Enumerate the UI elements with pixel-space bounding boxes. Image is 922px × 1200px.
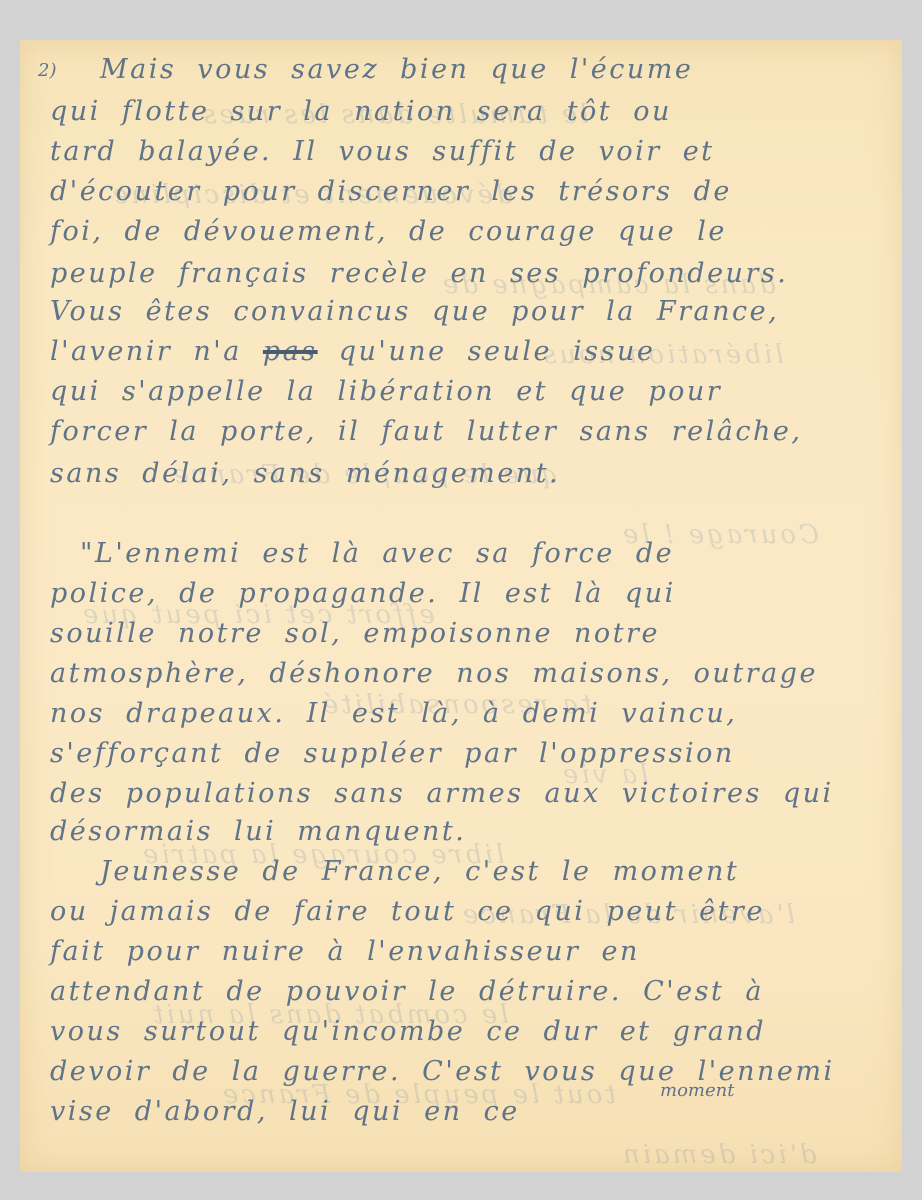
text-line-12: "L'ennemi est là avec sa force de: [80, 540, 674, 567]
text-line-7: Vous êtes convaincus que pour la France,: [50, 298, 779, 325]
text-line-14: souille notre sol, empoisonne notre: [50, 620, 660, 647]
text-line-6: peuple français recèle en ses profondeur…: [50, 260, 788, 287]
text-line-16: nos drapeaux. Il est là, à demi vaincu,: [50, 700, 737, 727]
text-line-18: des populations sans armes aux victoires…: [50, 780, 834, 807]
text-line-20: Jeunesse de France, c'est le moment: [100, 858, 739, 885]
text-line-9: qui s'appelle la libération et que pour: [50, 378, 722, 405]
text-line-4: d'écouter pour discerner les trésors de: [50, 178, 732, 205]
text-line-22: fait pour nuire à l'envahisseur en: [50, 938, 640, 965]
letter-page: le tumulte dans les rues dévouement et d…: [20, 40, 902, 1172]
line-8-start: l'avenir n'a: [50, 336, 263, 367]
text-line-1: Mais vous savez bien que l'écume: [100, 56, 693, 83]
inserted-word-moment: moment: [660, 1080, 734, 1101]
text-line-19: désormais lui manquent.: [50, 818, 466, 845]
line-8-end: qu'une seule issue: [318, 336, 656, 367]
text-line-17: s'efforçant de suppléer par l'oppression: [50, 740, 735, 767]
text-line-23: attendant de pouvoir le détruire. C'est …: [50, 978, 764, 1005]
page-number-marker: 2): [38, 60, 56, 81]
text-line-15: atmosphère, déshonore nos maisons, outra…: [50, 660, 818, 687]
document-viewer: le tumulte dans les rues dévouement et d…: [0, 0, 922, 1200]
text-line-8: l'avenir n'a pas qu'une seule issue: [50, 338, 655, 365]
text-line-13: police, de propagande. Il est là qui: [50, 580, 676, 607]
text-line-10: forcer la porte, il faut lutter sans rel…: [50, 418, 802, 445]
text-line-3: tard balayée. Il vous suffit de voir et: [50, 138, 715, 165]
text-line-21: ou jamais de faire tout ce qui peut être: [50, 898, 765, 925]
text-line-11: sans délai, sans ménagement.: [50, 460, 560, 487]
text-line-5: foi, de dévouement, de courage que le: [50, 218, 727, 245]
text-line-26: vise d'abord, lui qui en ce: [50, 1098, 520, 1125]
text-line-24: vous surtout qu'incombe ce dur et grand: [50, 1018, 766, 1045]
text-line-2: qui flotte sur la nation sera tôt ou: [50, 98, 672, 125]
struck-word: pas: [263, 336, 318, 367]
